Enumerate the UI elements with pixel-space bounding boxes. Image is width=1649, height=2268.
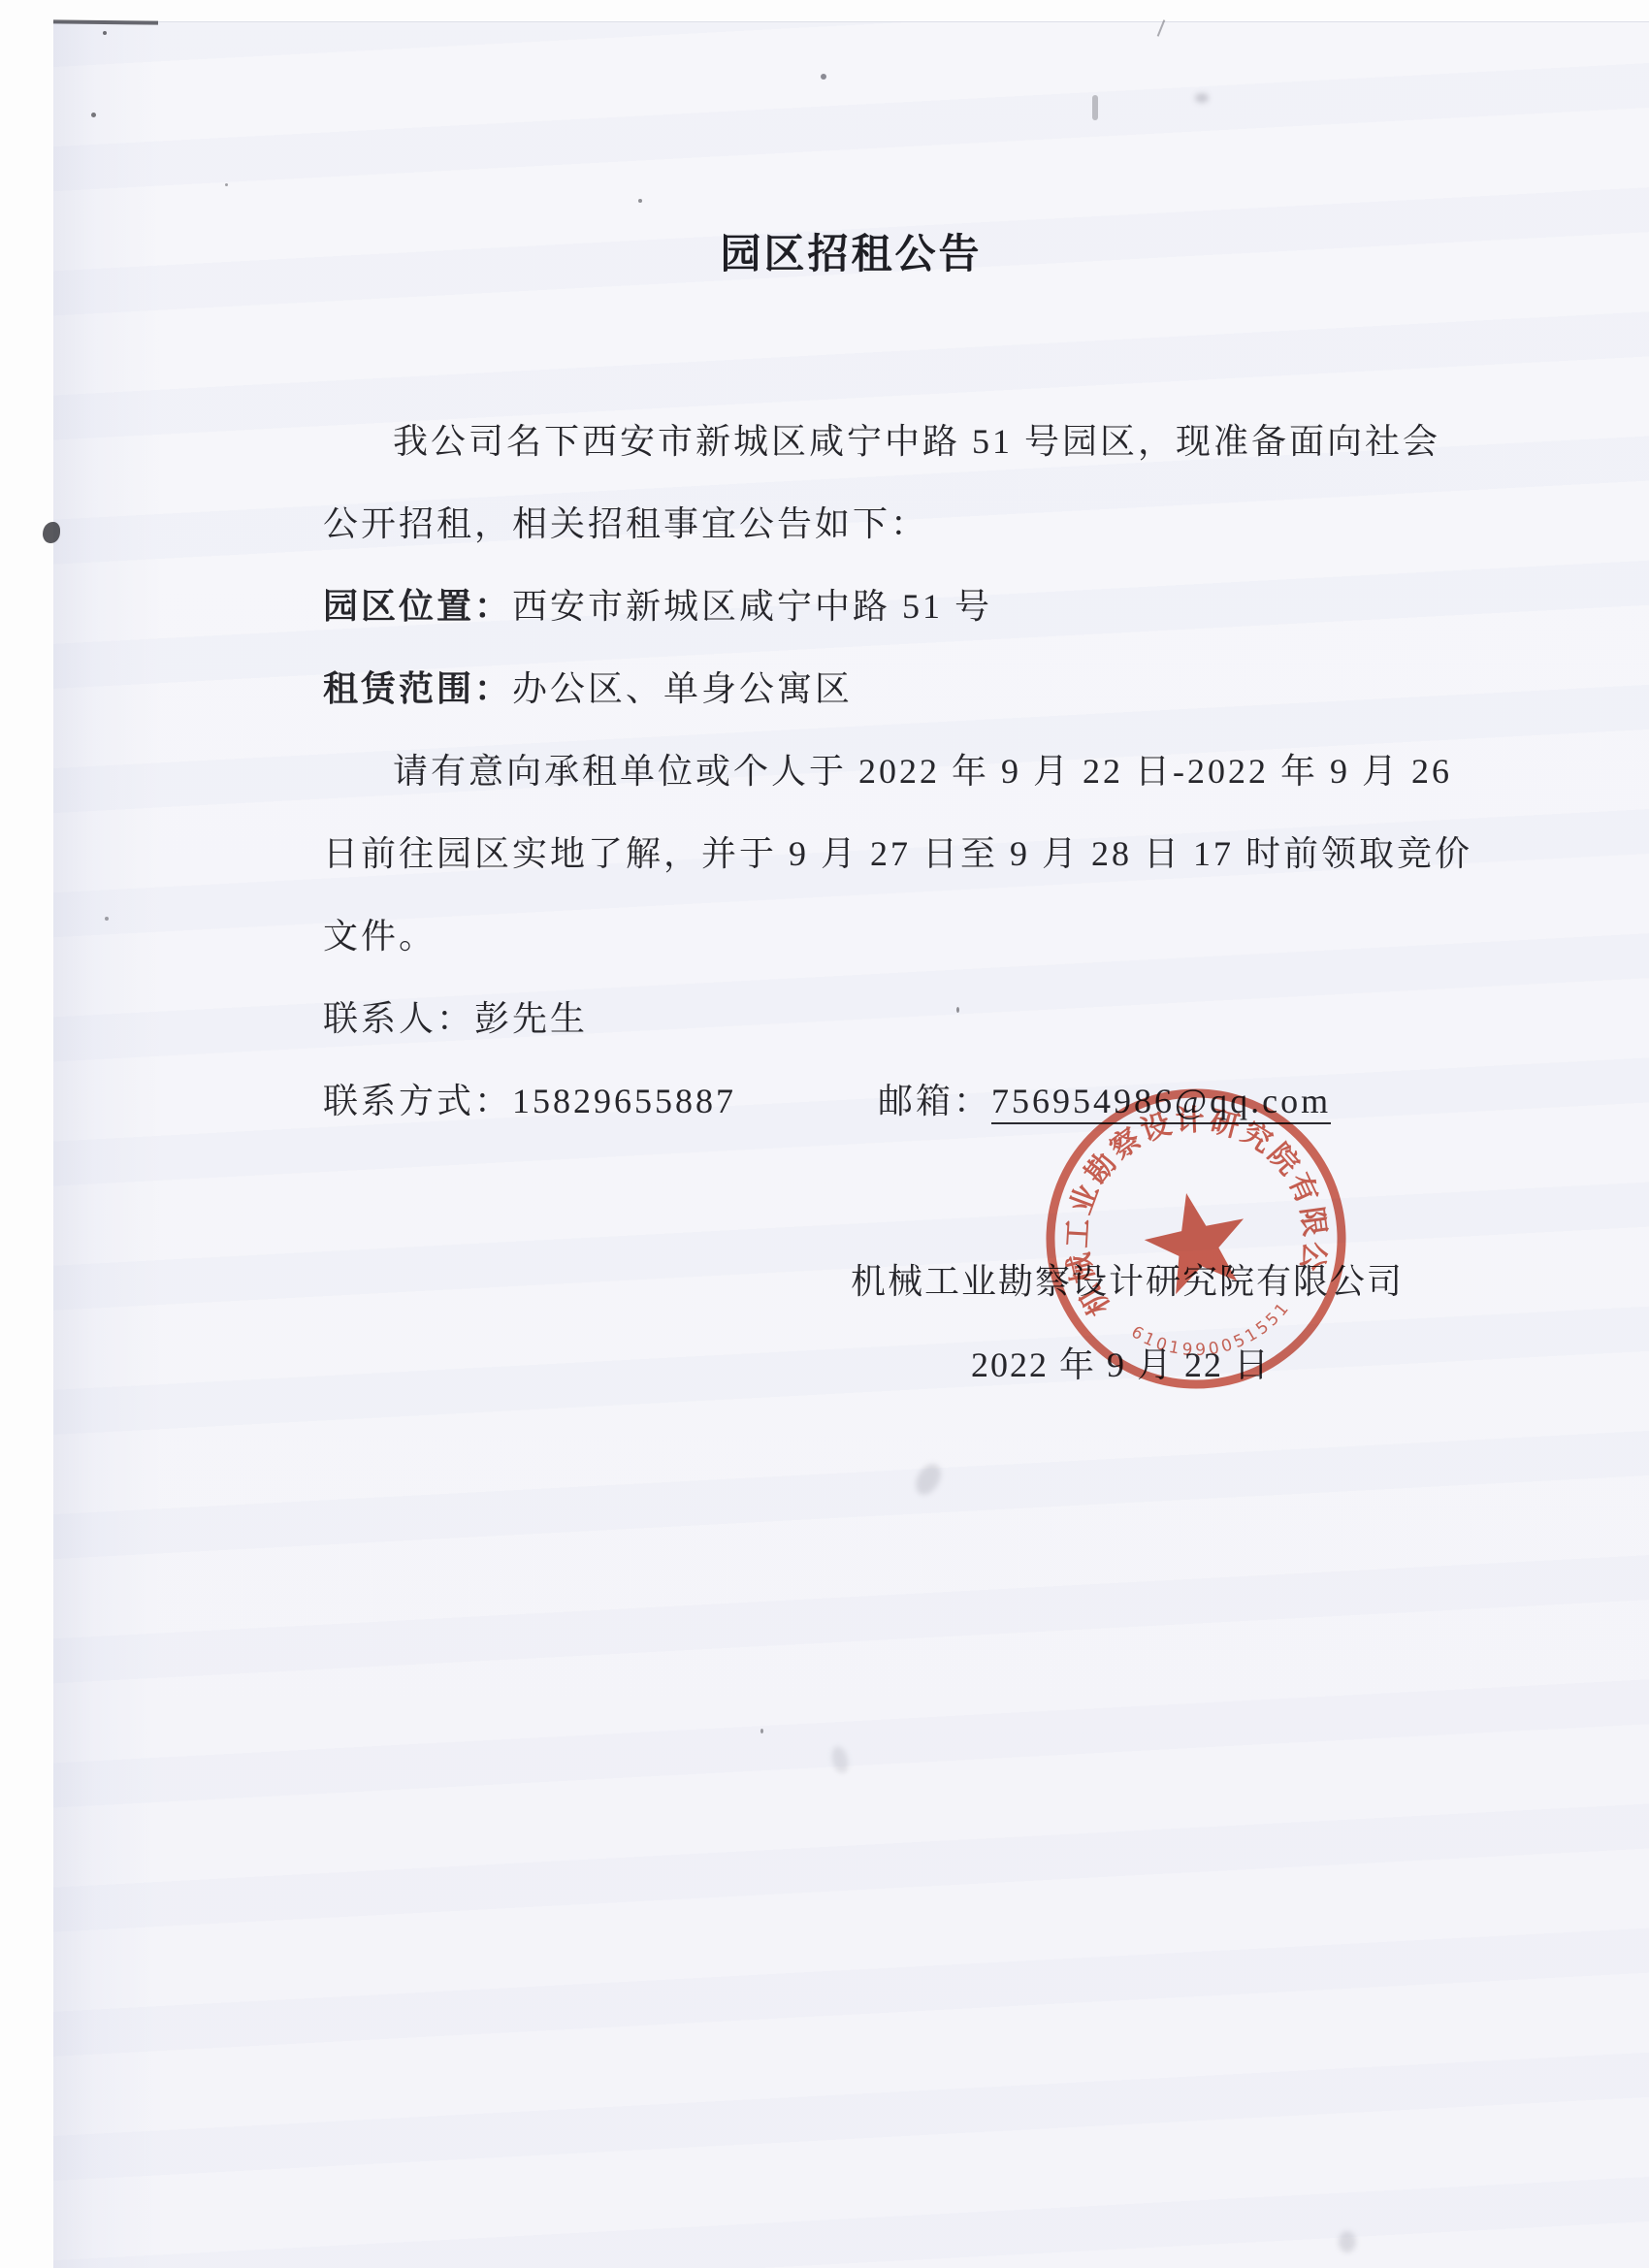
scan-smudge	[1195, 93, 1209, 103]
phone-number: 15829655887	[512, 1082, 736, 1120]
field-label: 园区位置：	[323, 587, 512, 626]
scan-speck	[91, 113, 96, 117]
field-line-location: 园区位置：西安市新城区咸宁中路 51 号	[323, 566, 1462, 648]
scan-speck	[103, 31, 107, 35]
paragraph-line: 文件。	[323, 895, 1462, 978]
scan-speck	[638, 199, 642, 203]
scan-speck	[956, 1007, 959, 1013]
field-line-scope: 租赁范围：办公区、单身公寓区	[323, 648, 1462, 730]
scan-speck	[105, 917, 109, 921]
paragraph-line: 日前往园区实地了解，并于 9 月 27 日至 9 月 28 日 17 时前领取竞…	[323, 813, 1462, 895]
contact-person-line: 联系人：彭先生	[323, 978, 1462, 1060]
scan-speck	[760, 1729, 763, 1733]
document-title: 园区招租公告	[53, 226, 1649, 284]
contact-label: 联系人：	[323, 999, 474, 1038]
field-value: 办公区、单身公寓区	[512, 669, 853, 708]
paragraph-line: 公开招租，相关招租事宜公告如下：	[323, 483, 1462, 566]
contact-label: 联系方式：	[323, 1082, 512, 1120]
scan-speck	[821, 74, 826, 80]
scan-smudge	[1339, 2231, 1356, 2252]
field-label: 租赁范围：	[323, 669, 512, 708]
scanned-document: { "document": { "title": "园区招租公告", "para…	[0, 0, 1649, 2268]
paper-page: 园区招租公告 我公司名下西安市新城区咸宁中路 51 号园区，现准备面向社会 公开…	[53, 21, 1649, 2268]
email-label: 邮箱：	[878, 1082, 991, 1120]
scan-mark	[1092, 95, 1098, 120]
paragraph-line: 请有意向承租单位或个人于 2022 年 9 月 22 日-2022 年 9 月 …	[323, 730, 1532, 813]
field-value: 西安市新城区咸宁中路 51 号	[512, 587, 992, 626]
paragraph-line: 我公司名下西安市新城区咸宁中路 51 号园区，现准备面向社会	[323, 401, 1532, 483]
seal-star-icon	[1137, 1183, 1256, 1298]
company-seal-stamp: 机械工业勘察设计研究院有限公司 6101990051551	[1036, 1079, 1356, 1399]
contact-value: 彭先生	[474, 999, 588, 1038]
scan-speck	[225, 183, 228, 186]
